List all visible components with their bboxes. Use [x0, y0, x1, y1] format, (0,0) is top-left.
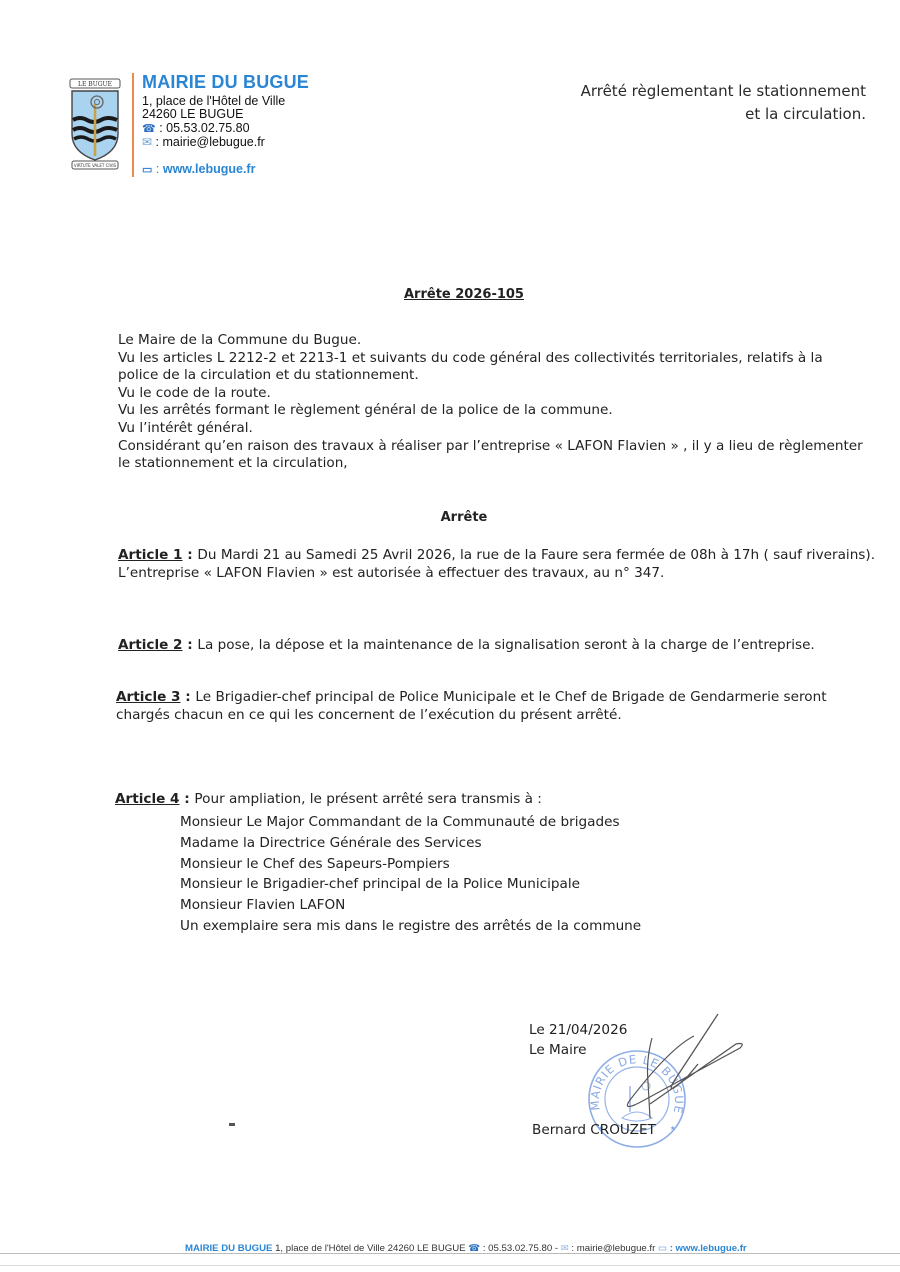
- footer-phone: : 05.53.02.75.80 -: [480, 1243, 561, 1254]
- article-text: L’entreprise « LAFON Flavien » est autor…: [118, 564, 898, 582]
- document-title: Arrête 2026-105: [0, 287, 900, 302]
- email-separator: :: [156, 135, 159, 149]
- header-divider: [132, 73, 134, 177]
- recipient-item: Un exemplaire sera mis dans le registre …: [180, 916, 641, 937]
- recipient-item: Madame la Directrice Générale des Servic…: [180, 833, 641, 854]
- footer: MAIRIE DU BUGUE 1, place de l'Hôtel de V…: [185, 1243, 747, 1254]
- computer-icon: ▭: [142, 164, 152, 176]
- preamble-line: police de la circulation et du stationne…: [118, 367, 878, 385]
- address-line-1: 1, place de l'Hôtel de Ville: [142, 94, 285, 108]
- article-3: Article 3 : Le Brigadier-chef principal …: [116, 688, 896, 724]
- town-crest-logo: LE BUGUE VIRTUTE VALET CIVIS: [66, 76, 124, 172]
- website-row: ▭ : www.lebugue.fr: [142, 162, 255, 177]
- article-separator: :: [180, 791, 195, 807]
- phone-separator: :: [159, 121, 162, 135]
- email-row: ✉ : mairie@lebugue.fr: [142, 135, 265, 149]
- footer-email[interactable]: : mairie@lebugue.fr: [569, 1243, 658, 1254]
- recipient-item: Monsieur Le Major Commandant de la Commu…: [180, 812, 641, 833]
- email-address[interactable]: mairie@lebugue.fr: [163, 135, 265, 149]
- recipient-item: Monsieur Flavien LAFON: [180, 895, 641, 916]
- recipient-item: Monsieur le Chef des Sapeurs-Pompiers: [180, 854, 641, 875]
- svg-text:VIRTUTE VALET CIVIS: VIRTUTE VALET CIVIS: [74, 163, 117, 168]
- article-label: Article 4: [115, 791, 180, 807]
- recipient-list: Monsieur Le Major Commandant de la Commu…: [180, 812, 641, 937]
- decision-heading: Arrête: [0, 510, 900, 525]
- preamble: Le Maire de la Commune du Bugue. Vu les …: [118, 332, 878, 473]
- article-text: Le Brigadier-chef principal de Police Mu…: [195, 689, 826, 705]
- article-text: chargés chacun en ce qui les concernent …: [116, 706, 896, 724]
- phone-number: 05.53.02.75.80: [166, 121, 249, 135]
- website-separator: :: [156, 162, 159, 176]
- phone-icon: ☎: [468, 1243, 480, 1254]
- recipient-item: Monsieur le Brigadier-chef principal de …: [180, 874, 641, 895]
- article-label: Article 2: [118, 637, 183, 653]
- article-label: Article 1: [118, 547, 183, 563]
- article-separator: :: [183, 547, 198, 563]
- handwritten-signature: [590, 1008, 750, 1128]
- phone-row: ☎ : 05.53.02.75.80: [142, 121, 250, 136]
- mayor-name: Bernard CROUZET: [532, 1122, 656, 1138]
- article-2: Article 2 : La pose, la dépose et la mai…: [118, 636, 898, 654]
- article-text: La pose, la dépose et la maintenance de …: [197, 637, 814, 653]
- preamble-line: Le Maire de la Commune du Bugue.: [118, 332, 878, 350]
- preamble-line: Vu l’intérêt général.: [118, 420, 878, 438]
- scan-speck: [229, 1123, 235, 1126]
- article-label: Article 3: [116, 689, 181, 705]
- preamble-line: Vu les arrêtés formant le règlement géné…: [118, 402, 878, 420]
- address-line-2: 24260 LE BUGUE: [142, 107, 243, 121]
- footer-address: 1, place de l'Hôtel de Ville 24260 LE BU…: [272, 1243, 468, 1254]
- website-link[interactable]: www.lebugue.fr: [163, 162, 256, 176]
- svg-text:LE BUGUE: LE BUGUE: [78, 81, 112, 88]
- org-name: MAIRIE DU BUGUE: [142, 72, 309, 93]
- preamble-line: Vu les articles L 2212-2 et 2213-1 et su…: [118, 350, 878, 368]
- preamble-line: Considérant qu’en raison des travaux à r…: [118, 438, 878, 456]
- footer-website[interactable]: : www.lebugue.fr: [667, 1243, 747, 1254]
- envelope-icon: ✉: [142, 135, 152, 149]
- document-subject: Arrêté règlementant le stationnement et …: [581, 80, 866, 126]
- computer-icon: ▭: [658, 1243, 667, 1254]
- subject-line-2: et la circulation.: [581, 103, 866, 126]
- article-separator: :: [181, 689, 196, 705]
- footer-rule-lower: [0, 1265, 900, 1266]
- subject-line-1: Arrêté règlementant le stationnement: [581, 80, 866, 103]
- article-1: Article 1 : Du Mardi 21 au Samedi 25 Avr…: [118, 546, 898, 582]
- article-text: Pour ampliation, le présent arrêté sera …: [194, 791, 541, 807]
- envelope-icon: ✉: [561, 1243, 569, 1254]
- article-4: Article 4 : Pour ampliation, le présent …: [115, 790, 895, 808]
- footer-org-name: MAIRIE DU BUGUE: [185, 1243, 272, 1254]
- preamble-line: le stationnement et la circulation,: [118, 455, 878, 473]
- preamble-line: Vu le code de la route.: [118, 385, 878, 403]
- article-text: Du Mardi 21 au Samedi 25 Avril 2026, la …: [197, 547, 875, 563]
- article-separator: :: [183, 637, 198, 653]
- phone-icon: ☎: [142, 123, 156, 135]
